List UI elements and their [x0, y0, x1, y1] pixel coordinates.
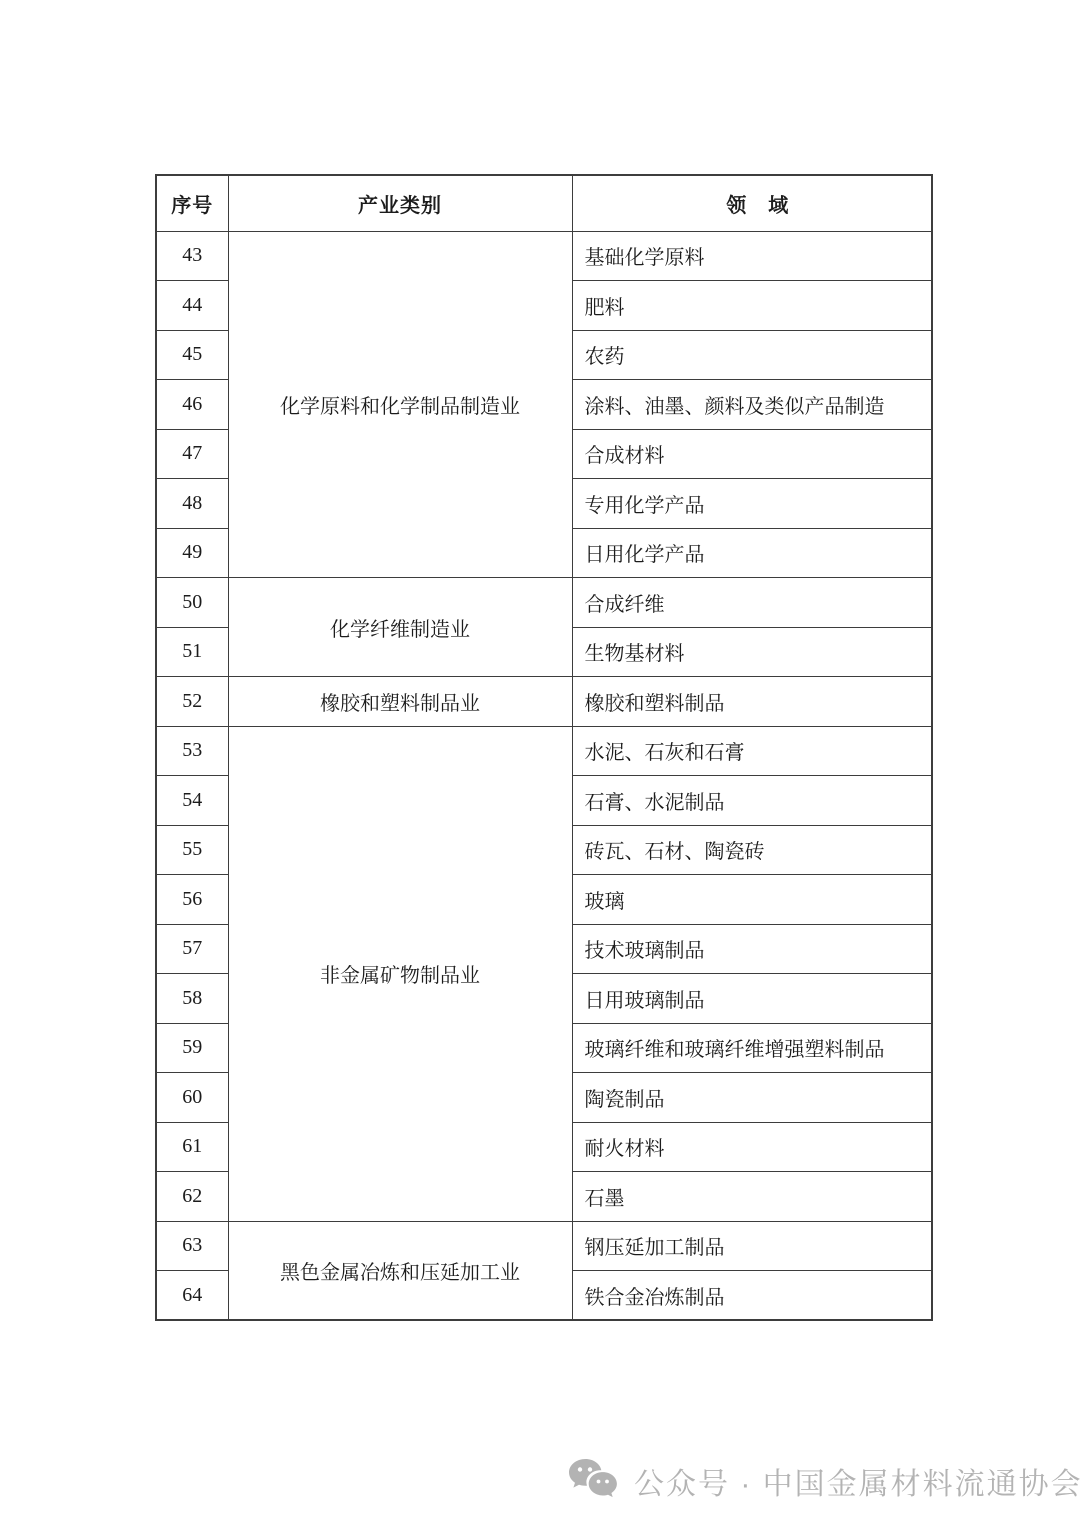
wechat-icon	[568, 1458, 620, 1504]
category-cell: 化学纤维制造业	[228, 578, 572, 677]
field-cell: 砖瓦、石材、陶瓷砖	[572, 825, 932, 875]
field-cell: 日用化学产品	[572, 528, 932, 578]
table-row: 52橡胶和塑料制品业橡胶和塑料制品	[156, 677, 932, 727]
serial-cell: 62	[156, 1172, 228, 1222]
field-cell: 合成材料	[572, 429, 932, 479]
serial-cell: 53	[156, 726, 228, 776]
field-cell: 石膏、水泥制品	[572, 776, 932, 826]
category-cell: 化学原料和化学制品制造业	[228, 231, 572, 578]
serial-cell: 58	[156, 974, 228, 1024]
serial-cell: 43	[156, 231, 228, 281]
field-cell: 石墨	[572, 1172, 932, 1222]
serial-cell: 51	[156, 627, 228, 677]
header-field: 领 域	[572, 175, 932, 231]
field-cell: 合成纤维	[572, 578, 932, 628]
field-cell: 橡胶和塑料制品	[572, 677, 932, 727]
field-cell: 日用玻璃制品	[572, 974, 932, 1024]
serial-cell: 46	[156, 380, 228, 430]
field-cell: 水泥、石灰和石膏	[572, 726, 932, 776]
field-cell: 铁合金冶炼制品	[572, 1271, 932, 1321]
serial-cell: 55	[156, 825, 228, 875]
serial-cell: 48	[156, 479, 228, 529]
header-category: 产业类别	[228, 175, 572, 231]
table-row: 53非金属矿物制品业水泥、石灰和石膏	[156, 726, 932, 776]
field-cell: 专用化学产品	[572, 479, 932, 529]
header-serial: 序号	[156, 175, 228, 231]
field-cell: 耐火材料	[572, 1122, 932, 1172]
serial-cell: 52	[156, 677, 228, 727]
serial-cell: 64	[156, 1271, 228, 1321]
serial-cell: 47	[156, 429, 228, 479]
serial-cell: 56	[156, 875, 228, 925]
field-cell: 钢压延加工制品	[572, 1221, 932, 1271]
serial-cell: 59	[156, 1023, 228, 1073]
field-cell: 肥料	[572, 281, 932, 331]
footer-watermark: 公众号 · 中国金属材料流通协会	[568, 1458, 1080, 1504]
serial-cell: 49	[156, 528, 228, 578]
field-cell: 玻璃纤维和玻璃纤维增强塑料制品	[572, 1023, 932, 1073]
industry-table-head: 序号 产业类别 领 域	[156, 175, 932, 231]
category-cell: 橡胶和塑料制品业	[228, 677, 572, 727]
category-cell: 黑色金属冶炼和压延加工业	[228, 1221, 572, 1320]
field-cell: 涂料、油墨、颜料及类似产品制造	[572, 380, 932, 430]
field-cell: 基础化学原料	[572, 231, 932, 281]
field-cell: 生物基材料	[572, 627, 932, 677]
serial-cell: 54	[156, 776, 228, 826]
field-cell: 陶瓷制品	[572, 1073, 932, 1123]
serial-cell: 63	[156, 1221, 228, 1271]
industry-table-body: 43化学原料和化学制品制造业基础化学原料44肥料45农药46涂料、油墨、颜料及类…	[156, 231, 932, 1320]
category-cell: 非金属矿物制品业	[228, 726, 572, 1221]
serial-cell: 44	[156, 281, 228, 331]
table-row: 63黑色金属冶炼和压延加工业钢压延加工制品	[156, 1221, 932, 1271]
table-row: 50化学纤维制造业合成纤维	[156, 578, 932, 628]
field-cell: 玻璃	[572, 875, 932, 925]
header-row: 序号 产业类别 领 域	[156, 175, 932, 231]
field-cell: 农药	[572, 330, 932, 380]
serial-cell: 50	[156, 578, 228, 628]
serial-cell: 61	[156, 1122, 228, 1172]
serial-cell: 45	[156, 330, 228, 380]
table-row: 43化学原料和化学制品制造业基础化学原料	[156, 231, 932, 281]
footer-watermark-text: 公众号 · 中国金属材料流通协会	[634, 1459, 1080, 1503]
serial-cell: 60	[156, 1073, 228, 1123]
field-cell: 技术玻璃制品	[572, 924, 932, 974]
document-page: 序号 产业类别 领 域 43化学原料和化学制品制造业基础化学原料44肥料45农药…	[0, 0, 1080, 1527]
serial-cell: 57	[156, 924, 228, 974]
industry-table: 序号 产业类别 领 域 43化学原料和化学制品制造业基础化学原料44肥料45农药…	[155, 174, 933, 1321]
